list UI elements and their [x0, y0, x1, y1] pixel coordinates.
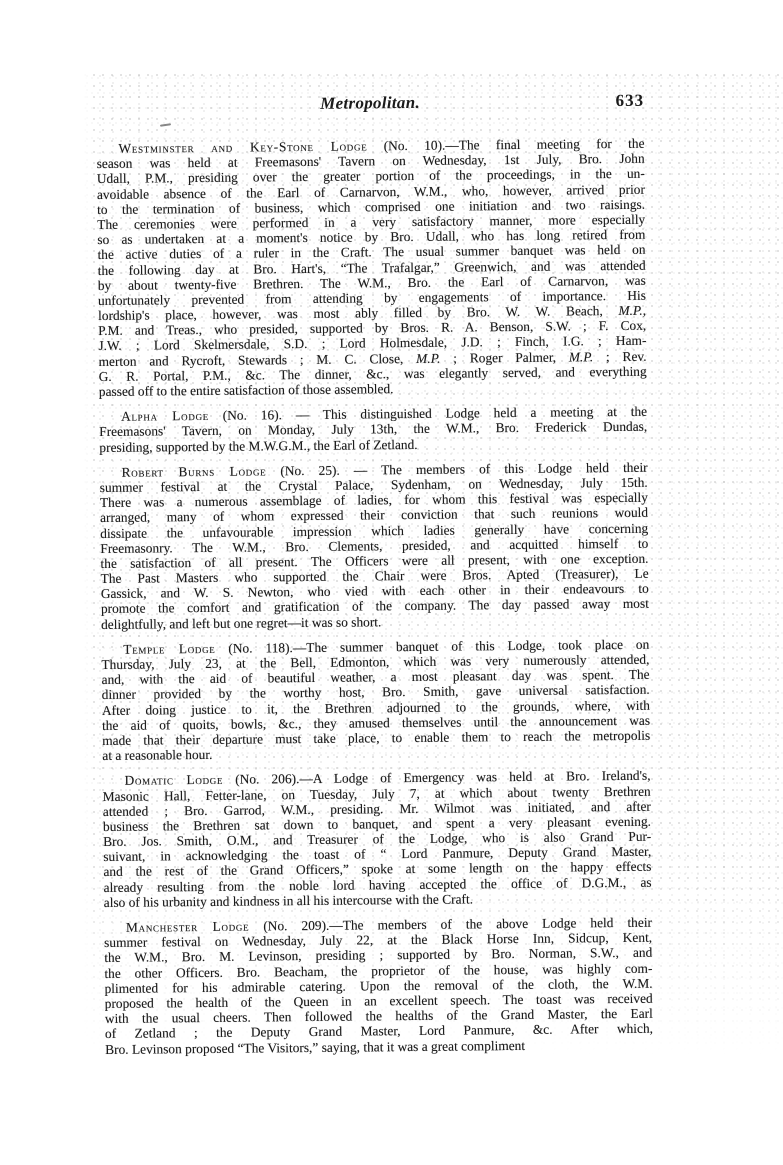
- paragraph: Domatic Lodge (No. 206).—A Lodge of Emer…: [103, 768, 652, 910]
- section-title: Metropolitan.: [96, 91, 644, 116]
- text-segment: presiding, supported by the M.W.G.M., th…: [99, 436, 417, 454]
- text-segment: ,: [643, 303, 647, 318]
- paragraph: Westminster and Key-Stone Lodge (No. 10)…: [96, 136, 646, 399]
- text-segment: ; Roger Palmer,: [440, 349, 569, 365]
- paragraph: Alpha Lodge (No. 16). — This distinguish…: [99, 404, 647, 455]
- text-segment: ; Rev.: [593, 348, 647, 364]
- page-content: Metropolitan. 633 Westminster and Key-St…: [96, 91, 653, 1067]
- lodge-name-smallcaps: Domatic Lodge: [125, 772, 224, 788]
- article: Westminster and Key-Stone Lodge (No. 10)…: [96, 136, 653, 1057]
- text-segment: delightfully, and left but one regret—it…: [101, 614, 381, 632]
- lodge-name-smallcaps: Alpha Lodge: [121, 408, 209, 424]
- italic-text: M.P.: [569, 349, 593, 364]
- italic-text: M.P.: [416, 350, 440, 365]
- italic-text: M.P.: [618, 303, 642, 318]
- text-segment: passed off to the entire satisfaction of…: [99, 381, 394, 399]
- lodge-name-smallcaps: Robert Burns Lodge: [122, 463, 267, 479]
- paragraph: Manchester Lodge (No. 209).—The members …: [104, 915, 653, 1057]
- running-header: Metropolitan. 633: [96, 91, 644, 116]
- paragraph: Temple Lodge (No. 118).—The summer banqu…: [101, 637, 650, 764]
- paragraph: Robert Burns Lodge (No. 25). — The membe…: [100, 459, 650, 631]
- scanned-page: Metropolitan. 633 Westminster and Key-St…: [0, 0, 783, 1165]
- text-segment: also of his urbanity and kindness in all…: [104, 891, 473, 910]
- text-segment: at a reasonable hour.: [102, 747, 212, 763]
- text-segment: Bro. Levinson proposed “The Visitors,” s…: [105, 1037, 525, 1056]
- lodge-name-smallcaps: Manchester Lodge: [126, 919, 249, 935]
- lodge-name-smallcaps: Temple Lodge: [123, 641, 215, 657]
- page-number: 633: [615, 91, 644, 111]
